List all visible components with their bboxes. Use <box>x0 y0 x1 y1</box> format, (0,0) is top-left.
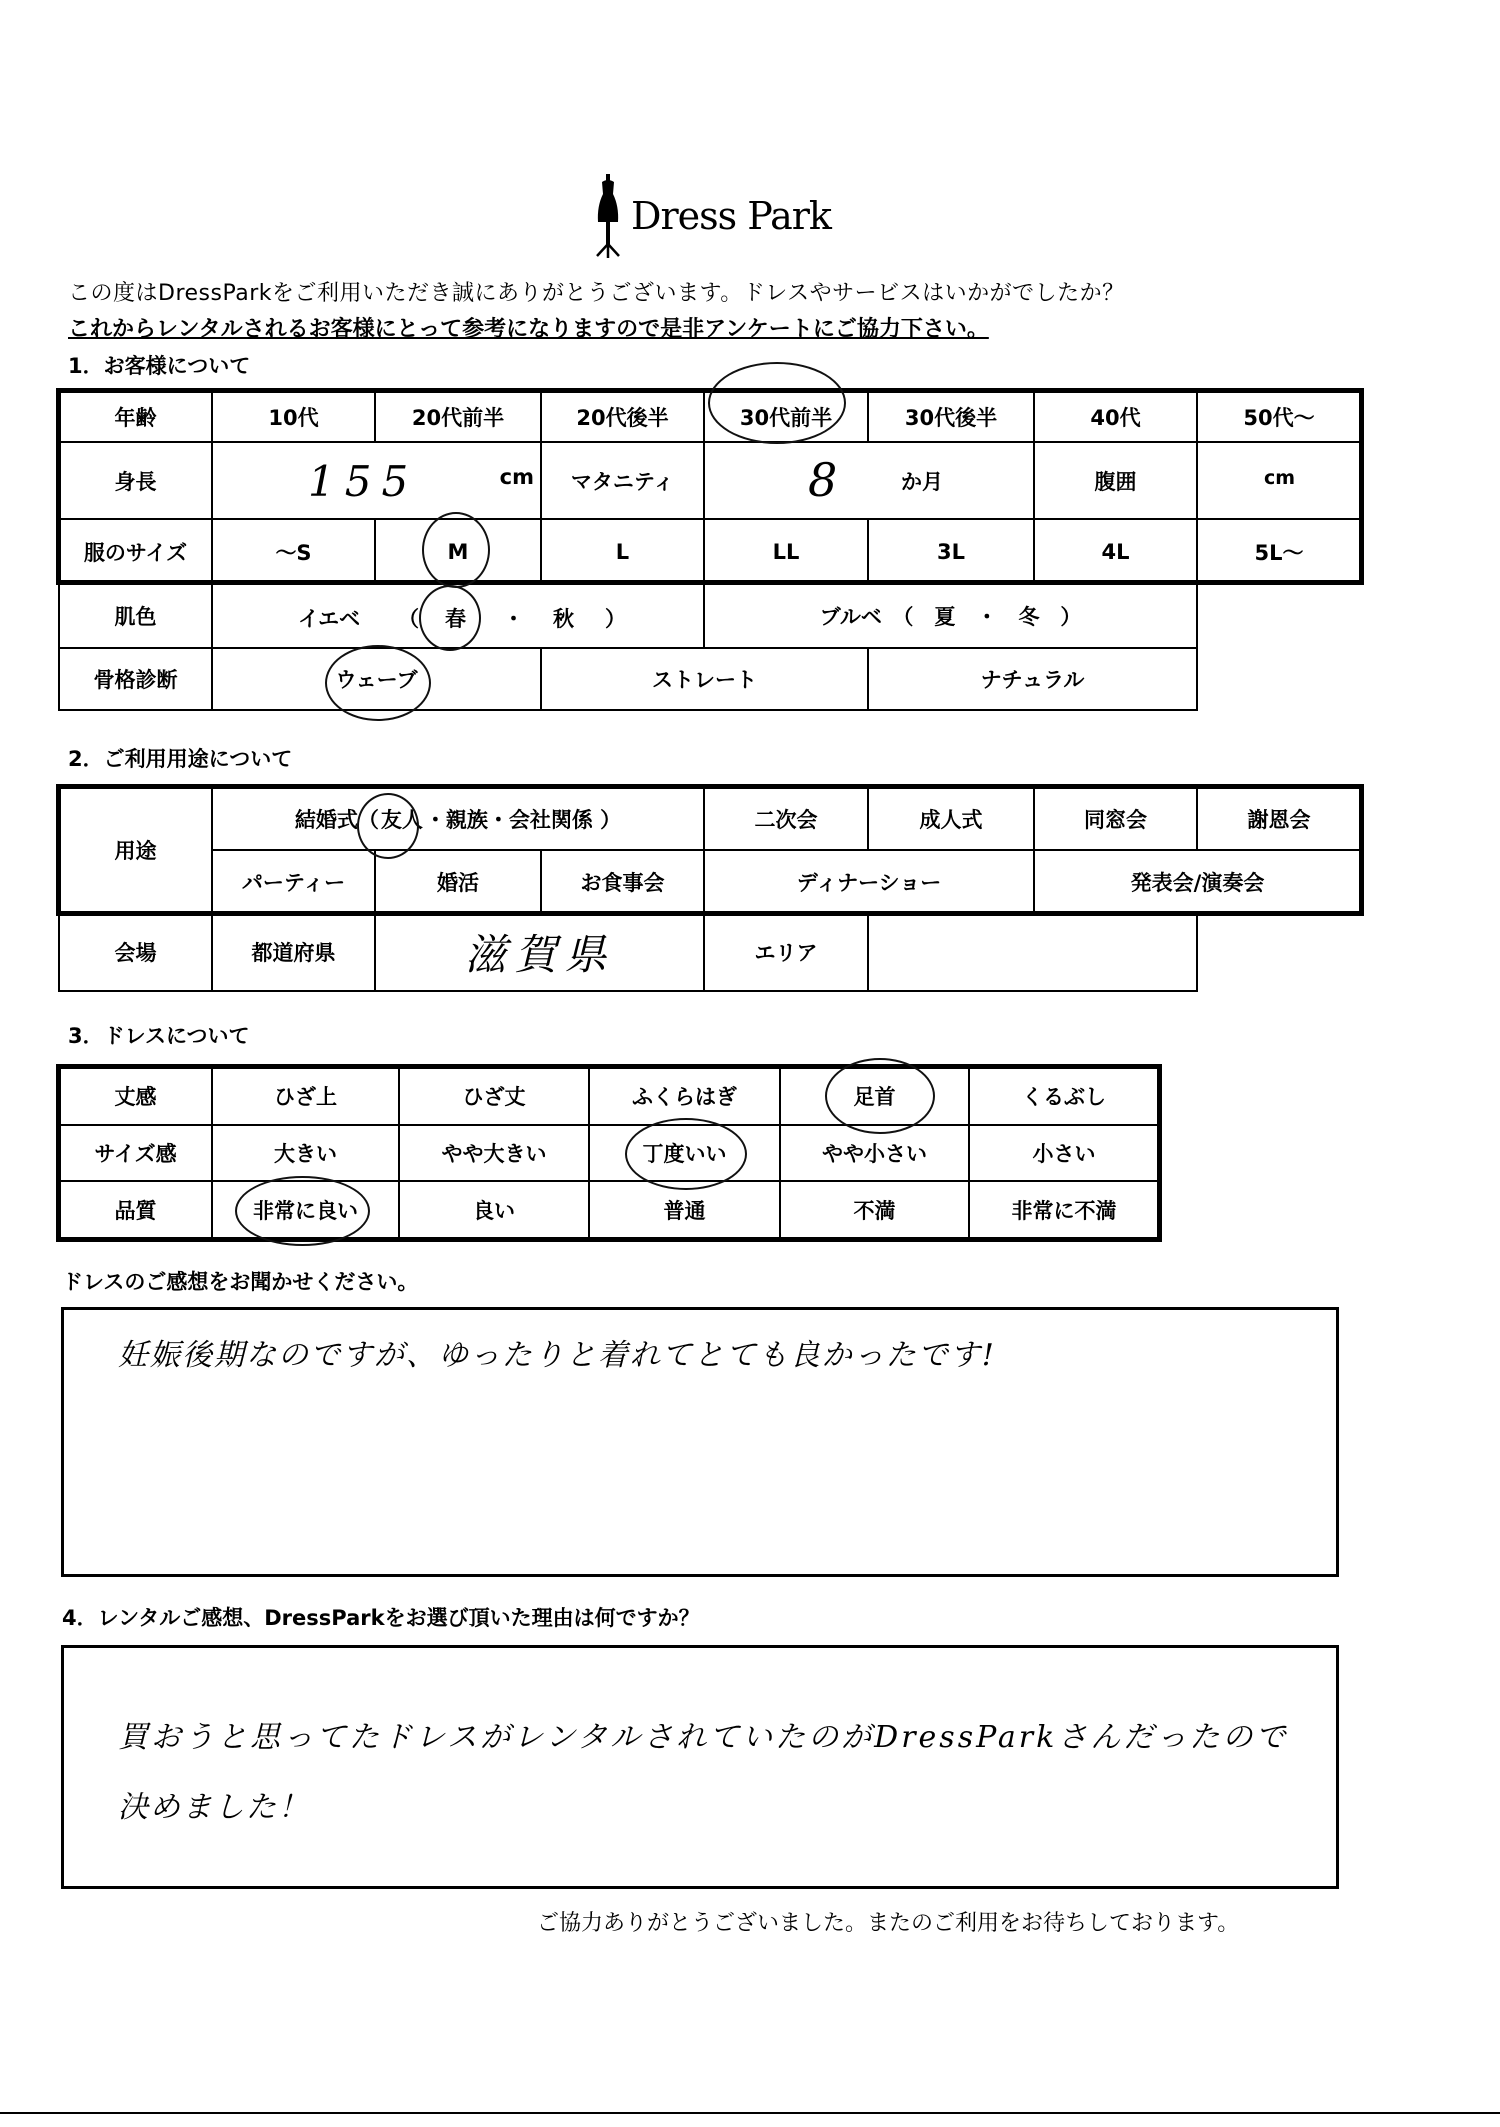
reason-answer-line2: 決めました！ <box>118 1782 310 1826</box>
area-label: エリア <box>703 912 869 992</box>
paren-open: （ <box>398 603 419 633</box>
age-option[interactable]: 10代 <box>211 390 376 443</box>
fit-option[interactable]: 大きい <box>211 1124 400 1182</box>
frame-option[interactable]: ナチュラル <box>867 647 1198 711</box>
frame-option-selected[interactable]: ウェーブ <box>211 647 542 711</box>
fit-option[interactable]: やや小さい <box>779 1124 970 1182</box>
prefecture-label: 都道府県 <box>211 912 376 992</box>
age-option-selected[interactable]: 30代前半 <box>703 390 869 443</box>
quality-label: 品質 <box>58 1180 213 1240</box>
wedding-other-options[interactable]: ・親族・会社関係 ） <box>425 804 621 834</box>
purpose-option[interactable]: 成人式 <box>867 786 1035 851</box>
size-option-selected[interactable]: M <box>374 518 542 585</box>
purpose-label: 用途 <box>58 786 213 914</box>
fit-option[interactable]: 小さい <box>968 1124 1160 1182</box>
waist-label: 腹囲 <box>1033 441 1198 520</box>
size-option[interactable]: 5L～ <box>1196 518 1362 585</box>
height-unit: cm <box>500 465 534 489</box>
section3-title: 3．ドレスについて <box>68 1020 250 1050</box>
frame-option[interactable]: ストレート <box>540 647 869 711</box>
quality-option-selected[interactable]: 非常に良い <box>211 1180 400 1240</box>
age-label: 年齢 <box>58 390 213 443</box>
age-option[interactable]: 40代 <box>1033 390 1198 443</box>
purpose-option[interactable]: 謝恩会 <box>1196 786 1362 851</box>
length-option[interactable]: ひざ上 <box>211 1066 400 1126</box>
fit-label: サイズ感 <box>58 1124 213 1182</box>
skin-autumn[interactable]: 秋 <box>553 603 574 633</box>
purpose-option[interactable]: 婚活 <box>374 849 542 914</box>
purpose-option[interactable]: ディナーショー <box>703 849 1035 914</box>
maternity-label: マタニティ <box>540 441 705 520</box>
rental-reason-textarea[interactable]: 買おうと思ってたドレスがレンタルされていたのがDressParkさんだったので … <box>61 1645 1339 1889</box>
purpose-option[interactable]: 発表会/演奏会 <box>1033 849 1362 914</box>
skin-yellow-option[interactable]: イエベ （ 春 ・ 秋 ） <box>211 583 705 649</box>
purpose-option[interactable]: 同窓会 <box>1033 786 1198 851</box>
skin-label: 肌色 <box>58 583 213 649</box>
size-label: 服のサイズ <box>58 518 213 585</box>
impression-textarea[interactable]: 妊娠後期なのですが、ゆったりと着れてとても良かったです! <box>61 1307 1339 1577</box>
height-label: 身長 <box>58 441 213 520</box>
maternity-unit: か月 <box>901 466 943 496</box>
quality-option[interactable]: 普通 <box>588 1180 781 1240</box>
brand-name: Dress Park <box>631 194 831 238</box>
waist-unit: cm <box>1264 467 1295 489</box>
wedding-option[interactable]: 結婚式（ 友人 ・親族・会社関係 ） <box>211 786 705 851</box>
frame-label: 骨格診断 <box>58 647 213 711</box>
size-option[interactable]: 3L <box>867 518 1035 585</box>
length-option[interactable]: くるぶし <box>968 1066 1160 1126</box>
yellow-base-label: イエベ <box>298 603 360 633</box>
fit-option-selected[interactable]: 丁度いい <box>588 1124 781 1182</box>
maternity-field[interactable]: 8 か月 <box>703 441 1035 520</box>
length-option-selected[interactable]: 足首 <box>779 1066 970 1126</box>
prefecture-field[interactable]: 滋賀県 <box>374 912 705 992</box>
wedding-label: 結婚式（ <box>295 804 379 834</box>
height-value: 155 <box>308 457 418 506</box>
venue-label: 会場 <box>58 912 213 992</box>
section1-title: 1．お客様について <box>68 350 250 380</box>
size-option[interactable]: L <box>540 518 705 585</box>
height-field[interactable]: 155 cm <box>211 441 542 520</box>
reason-answer-line1: 買おうと思ってたドレスがレンタルされていたのがDressParkさんだったので <box>118 1712 1288 1756</box>
purpose-option[interactable]: お食事会 <box>540 849 705 914</box>
quality-option[interactable]: 不満 <box>779 1180 970 1240</box>
impression-answer: 妊娠後期なのですが、ゆったりと着れてとても良かったです! <box>118 1330 996 1374</box>
purpose-option[interactable]: 二次会 <box>703 786 869 851</box>
age-option[interactable]: 20代前半 <box>374 390 542 443</box>
intro-text: この度はDressParkをご利用いただき誠にありがとうございます。ドレスやサー… <box>68 276 1125 307</box>
quality-option[interactable]: 非常に不満 <box>968 1180 1160 1240</box>
fit-option[interactable]: やや大きい <box>398 1124 590 1182</box>
scan-edge-line <box>0 2112 1500 2114</box>
section2-title: 2．ご利用用途について <box>68 743 292 773</box>
size-option[interactable]: 4L <box>1033 518 1198 585</box>
skin-spring-selected[interactable]: 春 <box>445 603 466 633</box>
section4-title: 4．レンタルご感想、DressParkをお選び頂いた理由は何ですか？ <box>62 1602 700 1632</box>
footer-thanks: ご協力ありがとうございました。またのご利用をお待ちしております。 <box>537 1906 1239 1937</box>
dress-form-icon <box>591 172 625 260</box>
quality-option[interactable]: 良い <box>398 1180 590 1240</box>
intro-request: これからレンタルされるお客様にとって参考になりますので是非アンケートにご協力下さ… <box>68 312 989 343</box>
dot-separator: ・ <box>503 603 524 633</box>
wedding-friend-selected[interactable]: 友人 <box>381 804 423 834</box>
dresspark-logo: Dress Park <box>591 172 831 262</box>
paren-close: ） <box>605 603 626 633</box>
maternity-value: 8 <box>808 453 837 507</box>
waist-field[interactable]: cm <box>1196 441 1362 520</box>
age-option[interactable]: 50代～ <box>1196 390 1362 443</box>
age-option[interactable]: 20代後半 <box>540 390 705 443</box>
length-option[interactable]: ひざ丈 <box>398 1066 590 1126</box>
age-option[interactable]: 30代後半 <box>867 390 1035 443</box>
skin-blue-option[interactable]: ブルベ （ 夏 ・ 冬 ） <box>703 583 1198 649</box>
impression-prompt: ドレスのご感想をお聞かせください。 <box>62 1266 418 1296</box>
length-label: 丈感 <box>58 1066 213 1126</box>
length-option[interactable]: ふくらはぎ <box>588 1066 781 1126</box>
size-option[interactable]: LL <box>703 518 869 585</box>
size-option[interactable]: ～S <box>211 518 376 585</box>
area-field[interactable] <box>867 912 1198 992</box>
purpose-option[interactable]: パーティー <box>211 849 376 914</box>
